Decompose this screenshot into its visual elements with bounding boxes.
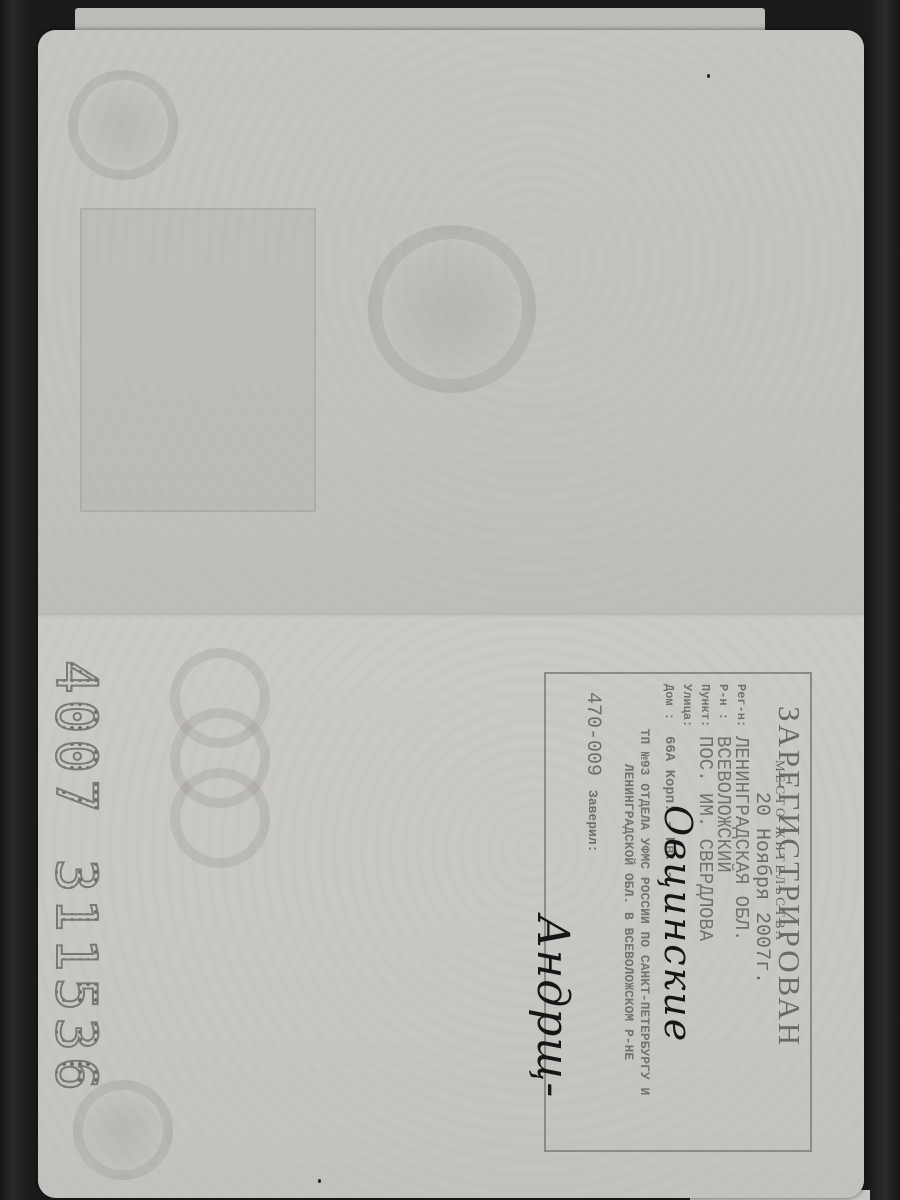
stamp-value: ВСЕВОЛОЖСКИЙ xyxy=(714,736,732,873)
stamp-heading: ЗАРЕГИСТРИРОВАН xyxy=(772,706,806,1140)
upper-page xyxy=(38,30,864,615)
issuing-authority: ТП №93 ОТДЕЛА УФМС РОССИИ ПО САНКТ-ПЕТЕР… xyxy=(620,684,652,1140)
certified-label: Заверил: xyxy=(580,790,604,852)
ink-speck xyxy=(707,74,710,78)
stamp-date: 20 Ноября 2007г. xyxy=(750,792,772,1140)
stamp-label: Пункт: xyxy=(696,684,714,736)
emblem-icon xyxy=(68,70,178,180)
stamp-label: Р-н : xyxy=(714,684,732,736)
handwritten-signature: Андрщ- xyxy=(527,915,578,1098)
stamp-label: Рег-н: xyxy=(732,684,750,736)
stamp-label: Улица: xyxy=(678,684,696,736)
photo-background: 4007 311536 МЕСТО ЖИТЕЛЬСТВА ЗАРЕГИСТРИР… xyxy=(0,0,900,1200)
stamp-footer: 470-009 Заверил: xyxy=(580,684,604,1140)
coat-of-arms-watermark-icon xyxy=(368,225,536,393)
ornament-ring-icon xyxy=(170,768,270,868)
handwritten-street-entry: Овцинские xyxy=(656,805,700,1043)
stamp-value: ЛЕНИНГРАДСКАЯ ОБЛ. xyxy=(732,736,750,941)
ink-speck xyxy=(318,1179,321,1183)
serial-number-text: 4007 311536 xyxy=(43,660,108,1097)
stamp-label: Дом : xyxy=(660,684,678,736)
perforated-serial-number: 4007 311536 xyxy=(28,660,108,1160)
photo-area xyxy=(80,208,316,512)
authority-code: 470-009 xyxy=(580,692,604,776)
stamp-row-region: Рег-н: ЛЕНИНГРАДСКАЯ ОБЛ. xyxy=(732,684,750,1140)
